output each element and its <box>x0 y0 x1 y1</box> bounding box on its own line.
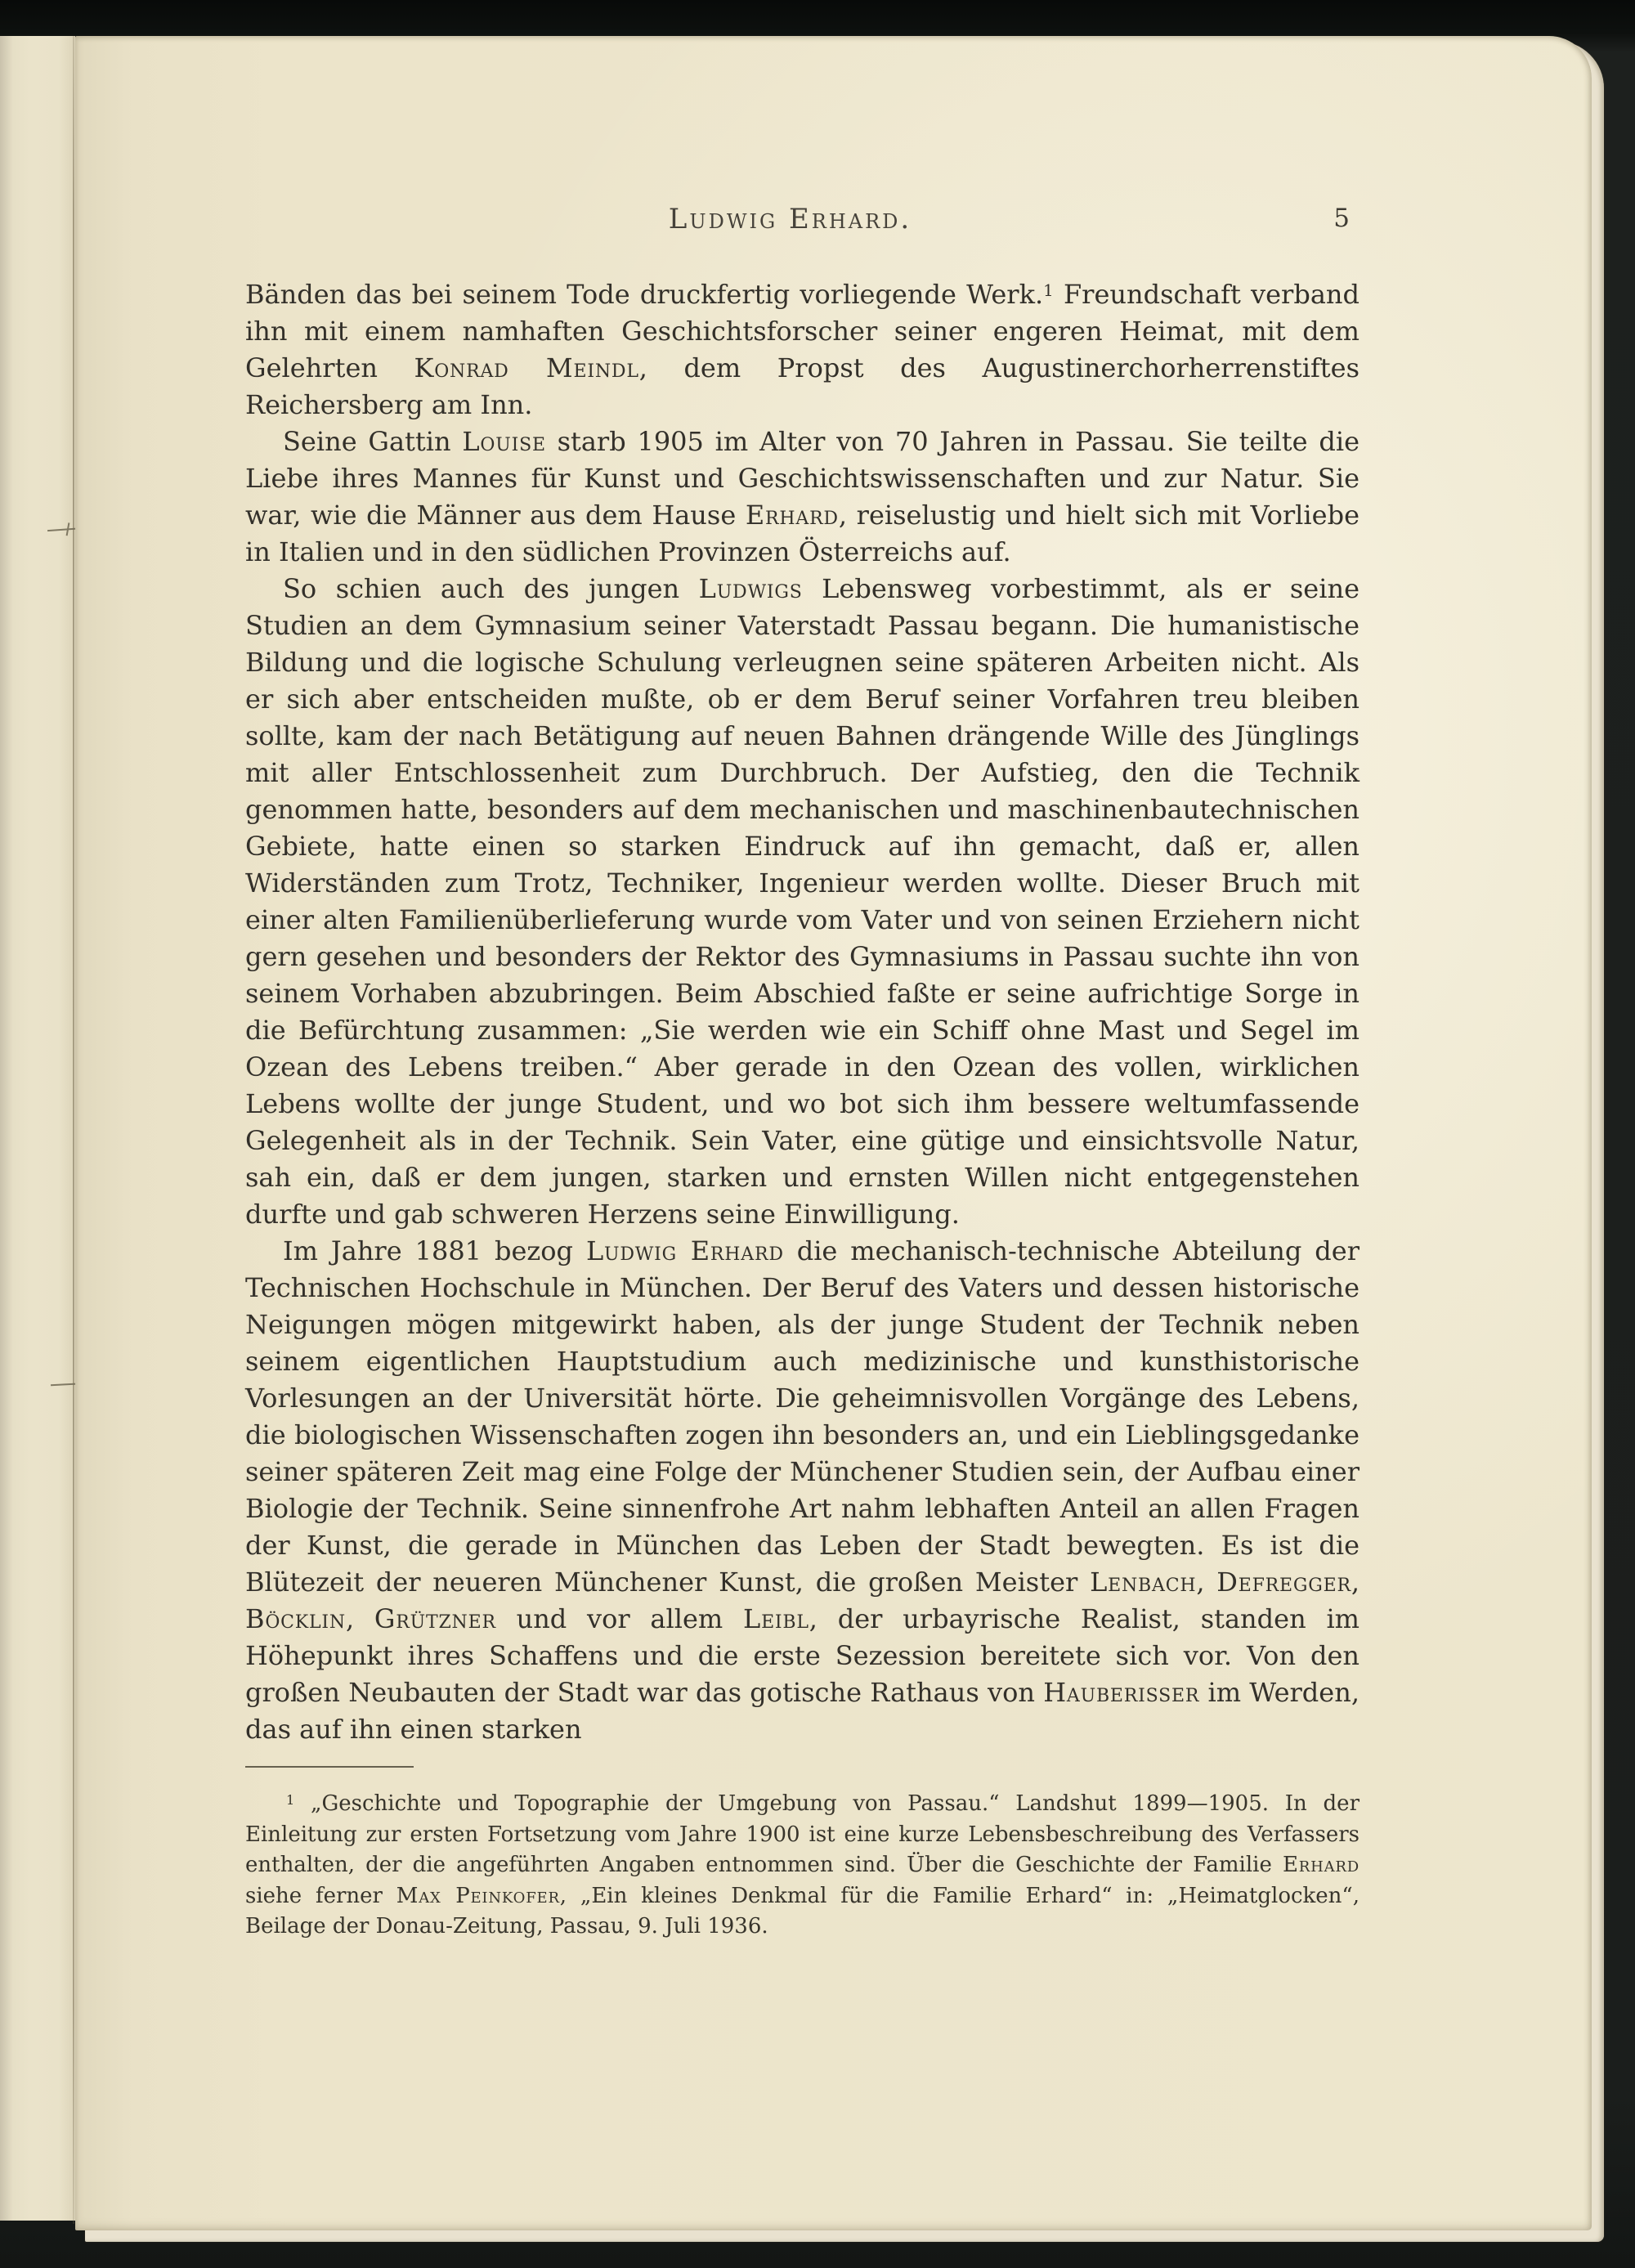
text-run: Bänden das bei seinem Tode druckfertig v… <box>245 279 1043 310</box>
paragraph: Bänden das bei seinem Tode druckfertig v… <box>245 276 1360 424</box>
text-run: Lebensweg vorbestimmt, als er seine Stud… <box>245 573 1360 1230</box>
adjacent-page-edge <box>0 36 75 2221</box>
name-small-caps: Hauberisser <box>1043 1677 1199 1708</box>
footnote: 1 „Geschichte und Topographie der Umgebu… <box>245 1789 1360 1943</box>
name-small-caps: Ludwigs <box>699 573 803 604</box>
text-run: Seine Gattin <box>283 426 462 457</box>
text-run: siehe ferner <box>245 1884 396 1908</box>
name-small-caps: Defregger <box>1216 1567 1351 1598</box>
name-small-caps: Grützner <box>374 1603 496 1634</box>
name-small-caps: Ludwig Erhard <box>586 1235 784 1266</box>
name-small-caps: Böcklin <box>245 1603 346 1634</box>
scanned-book-page: Ludwig Erhard. 5 Bänden das bei seinem T… <box>0 0 1635 2268</box>
text-run: , <box>1351 1567 1360 1598</box>
book-page: Ludwig Erhard. 5 Bänden das bei seinem T… <box>75 36 1592 2230</box>
name-small-caps: Erhard <box>1283 1853 1360 1877</box>
name-small-caps: Max Peinkofer <box>396 1884 560 1908</box>
name-small-caps: Leibl <box>743 1603 809 1634</box>
text-run: , <box>346 1603 374 1634</box>
page-number: 5 <box>1333 204 1350 233</box>
running-title: Ludwig Erhard. <box>245 203 1335 235</box>
name-small-caps: Louise <box>462 426 545 457</box>
text-run: So schien auch des jungen <box>283 573 699 604</box>
text-run: die mechanisch-technische Abteilung der … <box>245 1235 1360 1598</box>
running-head: Ludwig Erhard. 5 <box>245 203 1360 239</box>
binding-crease <box>73 36 74 2224</box>
text-run: und vor allem <box>496 1603 743 1634</box>
footnote-marker: 1 <box>1043 281 1054 300</box>
paragraph: Seine Gattin Louise starb 1905 im Alter … <box>245 424 1360 571</box>
name-small-caps: Lenbach <box>1090 1567 1196 1598</box>
paragraph: So schien auch des jungen Ludwigs Lebens… <box>245 571 1360 1233</box>
text-run: Im Jahre 1881 bezog <box>283 1235 586 1266</box>
text-run: „Geschichte und Topographie der Umgebung… <box>245 1791 1360 1877</box>
text-block: Ludwig Erhard. 5 Bänden das bei seinem T… <box>245 36 1360 1943</box>
name-small-caps: Konrad Meindl <box>414 352 639 383</box>
name-small-caps: Erhard <box>746 500 839 531</box>
body-text: Bänden das bei seinem Tode druckfertig v… <box>245 276 1360 1748</box>
footnote-marker: 1 <box>286 1792 294 1808</box>
paragraph: Im Jahre 1881 bezog Ludwig Erhard die me… <box>245 1233 1360 1748</box>
footnote-divider <box>245 1766 414 1768</box>
text-run: , <box>1196 1567 1216 1598</box>
